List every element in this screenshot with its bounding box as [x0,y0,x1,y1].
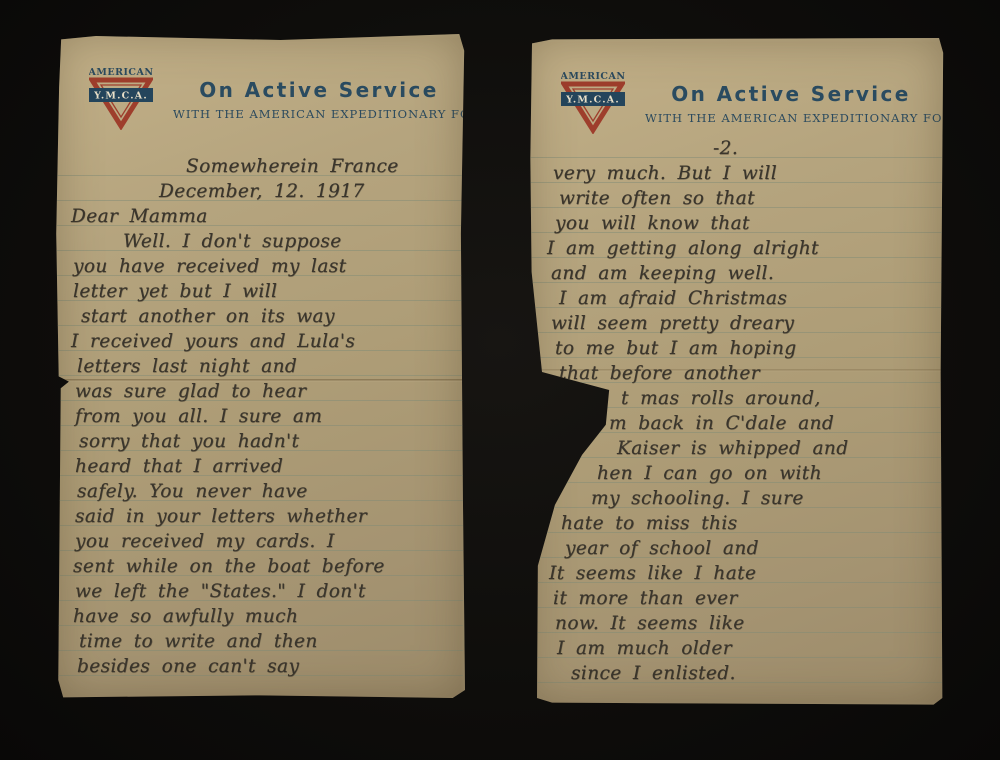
handwriting-line: very much. But I will [541,161,940,186]
logo-american-label: AMERICAN [89,67,153,78]
handwriting-line: time to write and then [71,629,461,654]
logo-american-label: AMERICAN [561,71,625,82]
handwriting-line: year of school and [541,536,940,561]
handwriting-line: will seem pretty dreary [541,311,940,336]
handwriting-line: have so awfully much [71,604,461,629]
handwriting-line: you will know that [541,211,940,236]
handwriting-line: it more than ever [541,586,940,611]
letterhead-title: On Active Service [173,78,465,102]
handwriting-line: Somewherein France [71,154,461,179]
ymca-logo-icon: AMERICAN Y.M.C.A. [89,64,153,130]
handwriting-line: It seems like I hate [541,561,940,586]
handwriting-line: I received yours and Lula's [71,329,461,354]
handwriting-line: t mas rolls around, [541,386,940,411]
handwriting-line: m back in C'dale and [541,411,940,436]
handwriting-line: I am afraid Christmas [541,286,940,311]
handwriting-line: Well. I don't suppose [71,229,461,254]
letterhead-subtitle: WITH THE AMERICAN EXPEDITIONARY FORCE [173,107,465,121]
handwriting-line: hen I can go on with [541,461,940,486]
letter-page-1: AMERICAN Y.M.C.A. On Active Service WITH… [55,34,465,700]
handwritten-letter-body-page-1: Somewherein FranceDecember, 12. 1917Dear… [71,154,461,679]
handwriting-line: my schooling. I sure [541,486,940,511]
photo-background: AMERICAN Y.M.C.A. On Active Service WITH… [0,0,1000,760]
handwriting-line: December, 12. 1917 [71,179,461,204]
handwriting-line: said in your letters whether [71,504,461,529]
handwriting-line: safely. You never have [71,479,461,504]
handwriting-line: now. It seems like [541,611,940,636]
handwriting-line: letter yet but I will [71,279,461,304]
handwriting-line: I am much older [541,636,940,661]
letterhead: On Active Service WITH THE AMERICAN EXPE… [645,82,937,125]
handwriting-line: Dear Mamma [71,204,461,229]
handwriting-line: that before another [541,361,940,386]
handwriting-line: sent while on the boat before [71,554,461,579]
letterhead: On Active Service WITH THE AMERICAN EXPE… [173,78,465,121]
logo-triangle [92,80,150,126]
handwriting-line: write often so that [541,186,940,211]
handwriting-line: hate to miss this [541,511,940,536]
handwriting-line: Kaiser is whipped and [541,436,940,461]
handwriting-line: besides one can't say [71,654,461,679]
handwriting-line: sorry that you hadn't [71,429,461,454]
handwriting-line: start another on its way [71,304,461,329]
handwriting-line: you received my cards. I [71,529,461,554]
handwriting-line: from you all. I sure am [71,404,461,429]
ymca-logo-icon: AMERICAN Y.M.C.A. [561,68,625,134]
handwriting-line: since I enlisted. [541,661,940,686]
letterhead-subtitle: WITH THE AMERICAN EXPEDITIONARY FORCE [645,111,937,125]
handwriting-line: heard that I arrived [71,454,461,479]
handwritten-letter-body-page-2: -2.very much. But I willwrite often so t… [541,136,940,686]
handwriting-line: -2. [541,136,940,161]
letter-page-2: AMERICAN Y.M.C.A. On Active Service WITH… [527,38,944,706]
handwriting-line: we left the "States." I don't [71,579,461,604]
handwriting-line: I am getting along alright [541,236,940,261]
handwriting-line: and am keeping well. [541,261,940,286]
letterhead-title: On Active Service [645,82,937,106]
handwriting-line: you have received my last [71,254,461,279]
logo-ymca-label: Y.M.C.A. [93,91,148,102]
handwriting-line: was sure glad to hear [71,379,461,404]
handwriting-line: to me but I am hoping [541,336,940,361]
logo-triangle [564,84,622,130]
handwriting-line: letters last night and [71,354,461,379]
logo-ymca-label: Y.M.C.A. [565,95,620,106]
